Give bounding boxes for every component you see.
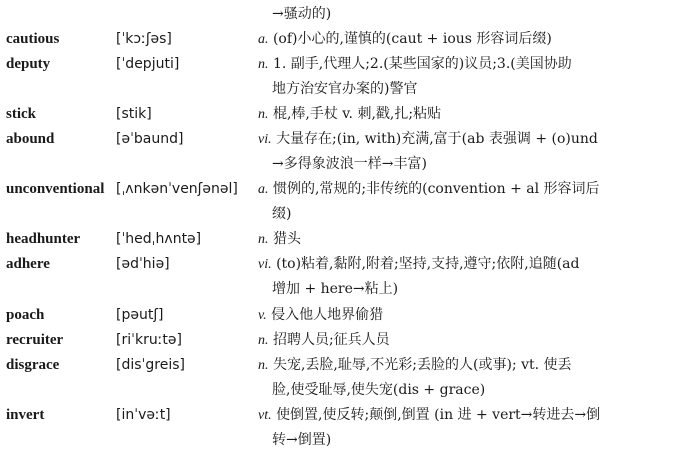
part-of-speech: v. xyxy=(258,308,267,323)
definition-text: 使倒置,使反转;颠倒,倒置 (in 进 + vert→转进去→倒 xyxy=(276,407,600,423)
part-of-speech: n. xyxy=(258,57,269,72)
definition-text: 大量存在;(in, with)充满,富于(ab 表强调 + (o)und xyxy=(276,131,598,147)
entry-disgrace-cont: 脸,使受耻辱,使失宠(dis + grace) xyxy=(0,378,679,403)
headword: stick xyxy=(6,102,36,127)
phonetic: [əˈbaund] xyxy=(116,127,183,152)
part-of-speech: vi. xyxy=(258,132,272,147)
definition-continuation: 增加 + here→粘上) xyxy=(272,277,398,302)
entry-abound-cont: →多得象波浪一样→丰富) xyxy=(0,152,679,177)
entry-unconventional: unconventional [ˌʌnkənˈvenʃənəl] a. 惯例的,… xyxy=(0,177,679,202)
definition: v. 侵入他人地界偷猎 xyxy=(258,303,383,328)
part-of-speech: n. xyxy=(258,358,269,373)
part-of-speech: n. xyxy=(258,232,269,247)
definition: a. 惯例的,常规的;非传统的(convention + al 形容词后 xyxy=(258,177,600,202)
entry-deputy-cont: 地方治安官办案的)警官 xyxy=(0,77,679,102)
definition-text: 惯例的,常规的;非传统的(convention + al 形容词后 xyxy=(273,181,600,197)
part-of-speech: a. xyxy=(258,32,269,47)
entry-poach: poach [pəutʃ] v. 侵入他人地界偷猎 xyxy=(0,303,679,328)
headword: adhere xyxy=(6,252,50,277)
entry-abound: abound [əˈbaund] vi. 大量存在;(in, with)充满,富… xyxy=(0,127,679,152)
part-of-speech: n. xyxy=(258,107,269,122)
part-of-speech: vi. xyxy=(258,257,272,272)
phonetic: [stik] xyxy=(116,102,152,127)
definition: n. 失宠,丢脸,耻辱,不光彩;丢脸的人(或事); vt. 使丢 xyxy=(258,353,572,378)
part-of-speech: a. xyxy=(258,182,269,197)
entry-adhere-cont: 增加 + here→粘上) xyxy=(0,277,679,302)
definition: vi. (to)粘着,黏附,附着;坚持,支持,遵守;依附,追随(ad xyxy=(258,252,580,277)
phonetic: [ˈkɔːʃəs] xyxy=(116,27,172,52)
definition-continuation: 转→倒置) xyxy=(272,428,331,453)
entry-headhunter: headhunter [ˈhedˌhʌntə] n. 猎头 xyxy=(0,227,679,252)
definition: a. (of)小心的,谨慎的(caut + ious 形容词后缀) xyxy=(258,27,552,52)
entry-adhere: adhere [ədˈhiə] vi. (to)粘着,黏附,附着;坚持,支持,遵… xyxy=(0,252,679,277)
definition-continuation: 缀) xyxy=(272,202,291,227)
definition-continuation: 脸,使受耻辱,使失宠(dis + grace) xyxy=(272,378,485,403)
definition-text: 失宠,丢脸,耻辱,不光彩;丢脸的人(或事); vt. 使丢 xyxy=(273,357,572,373)
vocabulary-page: →骚动的) cautious [ˈkɔːʃəs] a. (of)小心的,谨慎的(… xyxy=(0,0,679,460)
entry-invert-cont: 转→倒置) xyxy=(0,428,679,453)
definition: n. 棍,棒,手杖 v. 刺,戳,扎;粘贴 xyxy=(258,102,441,127)
entry-invert: invert [inˈvəːt] vt. 使倒置,使反转;颠倒,倒置 (in 进… xyxy=(0,403,679,428)
definition: n. 猎头 xyxy=(258,227,301,252)
definition-text: 招聘人员;征兵人员 xyxy=(273,332,390,348)
phonetic: [disˈgreis] xyxy=(116,353,185,378)
entry-deputy: deputy [ˈdepjuti] n. 1. 副手,代理人;2.(某些国家的)… xyxy=(0,52,679,77)
headword: disgrace xyxy=(6,353,59,378)
definition-continuation: →骚动的) xyxy=(272,2,331,27)
definition-text: 猎头 xyxy=(273,231,301,247)
phonetic: [ˈdepjuti] xyxy=(116,52,179,77)
headword: recruiter xyxy=(6,328,63,353)
phonetic: [ədˈhiə] xyxy=(116,252,170,277)
definition-continuation: →多得象波浪一样→丰富) xyxy=(272,152,427,177)
headword: deputy xyxy=(6,52,50,77)
headword: cautious xyxy=(6,27,59,52)
definition: vt. 使倒置,使反转;颠倒,倒置 (in 进 + vert→转进去→倒 xyxy=(258,403,600,428)
definition: n. 招聘人员;征兵人员 xyxy=(258,328,390,353)
phonetic: [ˈhedˌhʌntə] xyxy=(116,227,201,252)
phonetic: [ˌʌnkənˈvenʃənəl] xyxy=(116,177,238,202)
definition-continuation: 地方治安官办案的)警官 xyxy=(272,77,417,102)
headword: headhunter xyxy=(6,227,80,252)
definition: vi. 大量存在;(in, with)充满,富于(ab 表强调 + (o)und xyxy=(258,127,598,152)
part-of-speech: n. xyxy=(258,333,269,348)
headword: abound xyxy=(6,127,54,152)
headword: unconventional xyxy=(6,177,104,202)
definition-text: 1. 副手,代理人;2.(某些国家的)议员;3.(美国协助 xyxy=(273,56,572,72)
definition-text: 棍,棒,手杖 v. 刺,戳,扎;粘贴 xyxy=(273,106,441,122)
definition-text: (of)小心的,谨慎的(caut + ious 形容词后缀) xyxy=(273,31,552,47)
continuation-line: →骚动的) xyxy=(0,2,679,27)
headword: invert xyxy=(6,403,44,428)
definition-text: (to)粘着,黏附,附着;坚持,支持,遵守;依附,追随(ad xyxy=(276,256,579,272)
definition-text: 侵入他人地界偷猎 xyxy=(271,307,383,323)
entry-cautious: cautious [ˈkɔːʃəs] a. (of)小心的,谨慎的(caut +… xyxy=(0,27,679,52)
entry-recruiter: recruiter [riˈkruːtə] n. 招聘人员;征兵人员 xyxy=(0,328,679,353)
part-of-speech: vt. xyxy=(258,408,272,423)
definition: n. 1. 副手,代理人;2.(某些国家的)议员;3.(美国协助 xyxy=(258,52,572,77)
entry-stick: stick [stik] n. 棍,棒,手杖 v. 刺,戳,扎;粘贴 xyxy=(0,102,679,127)
entry-unconventional-cont: 缀) xyxy=(0,202,679,227)
phonetic: [inˈvəːt] xyxy=(116,403,171,428)
phonetic: [pəutʃ] xyxy=(116,303,164,328)
entry-disgrace: disgrace [disˈgreis] n. 失宠,丢脸,耻辱,不光彩;丢脸的… xyxy=(0,353,679,378)
phonetic: [riˈkruːtə] xyxy=(116,328,182,353)
headword: poach xyxy=(6,303,44,328)
